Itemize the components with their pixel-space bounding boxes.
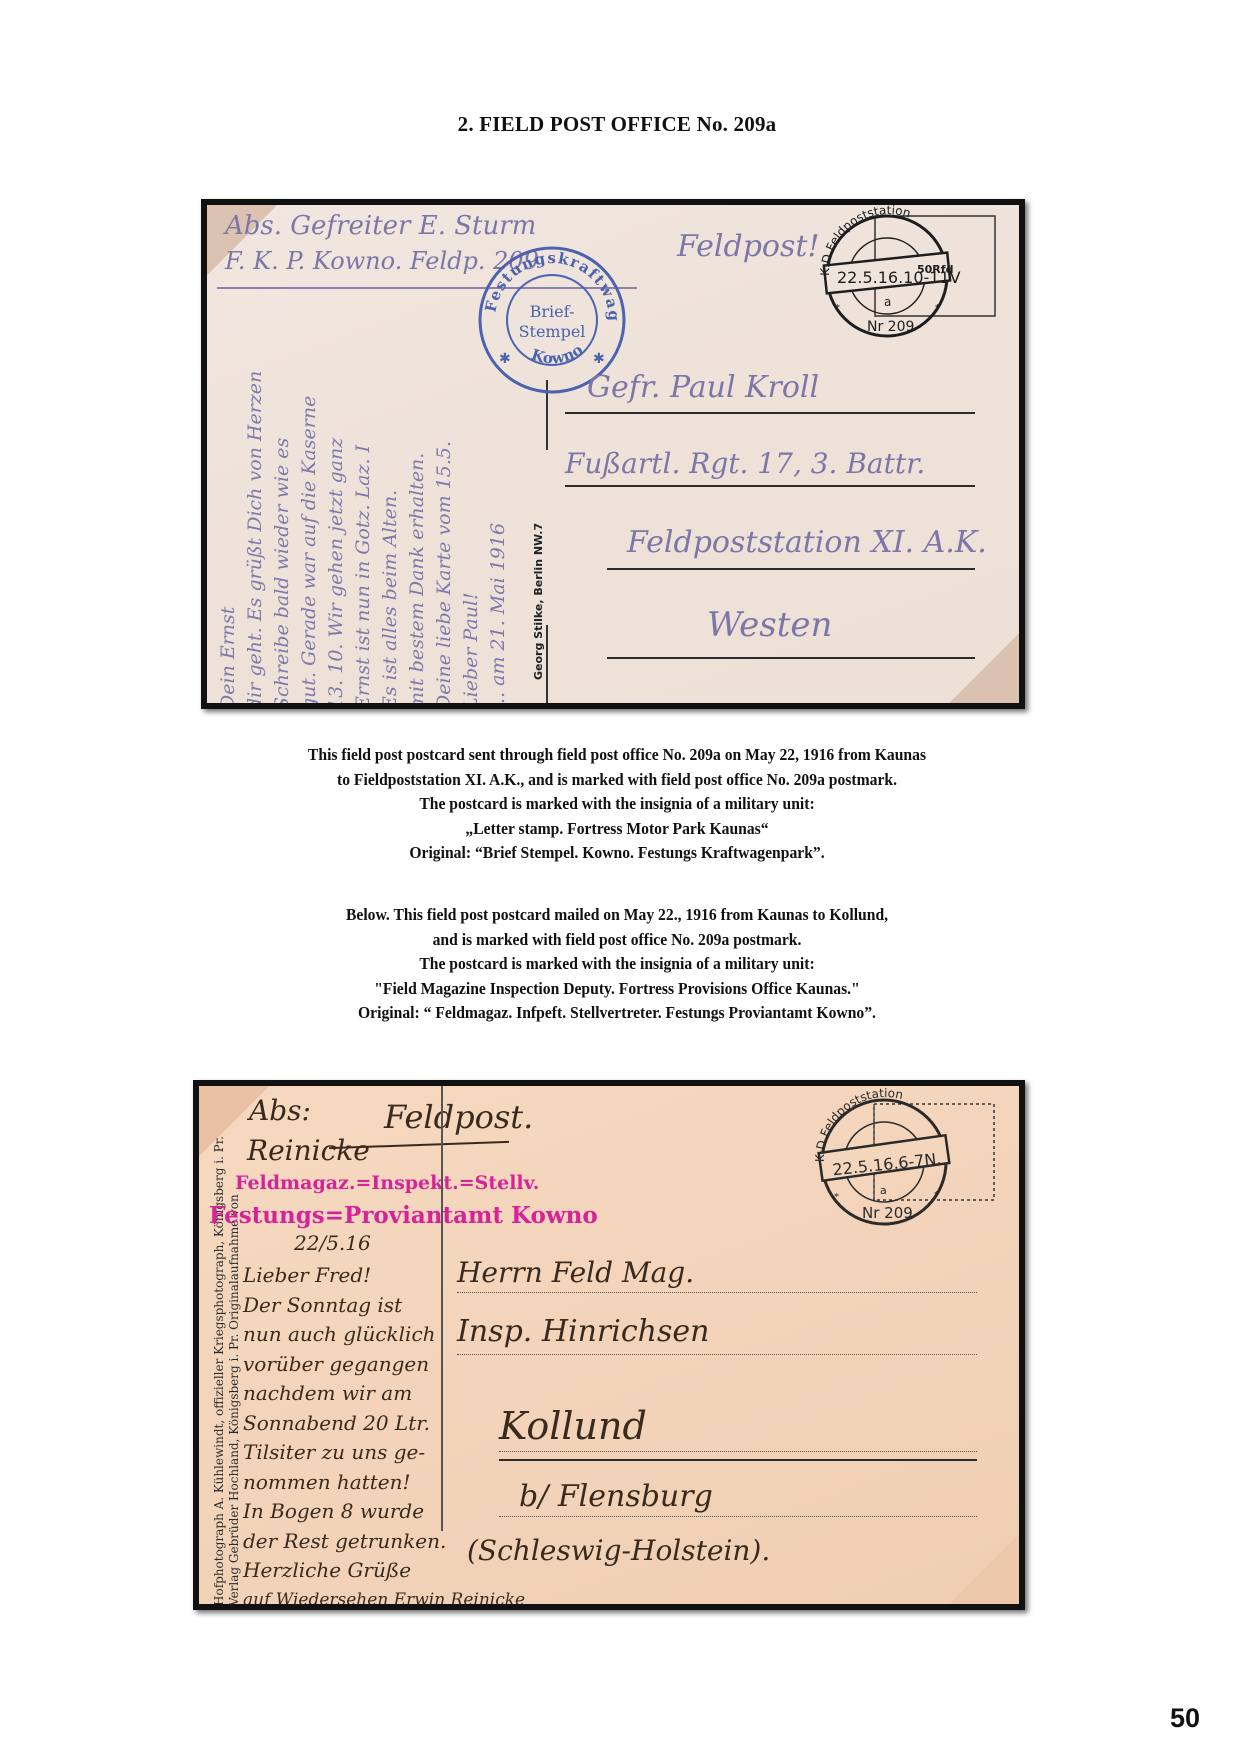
message-line: 13. 10. Wir gehen jetzt ganz [323, 290, 350, 703]
caption-line: and is marked with field post office No.… [187, 928, 1046, 953]
address-rule [499, 1459, 977, 1461]
address-line-5: (Schleswig-Holstein). [467, 1534, 770, 1567]
message-line: Tilsiter zu uns ge- [243, 1438, 525, 1468]
message-line: mit bestem Dank erhalten. [404, 290, 431, 703]
postmark-feldpoststation-209: K.D.Feldpoststation 22.5.16.6-7N. a Nr 2… [804, 1092, 1004, 1237]
message-line: Es ist alles beim Alten. [377, 290, 404, 703]
page-number: 50 [1170, 1703, 1200, 1734]
caption-line: Original: “ Feldmagaz. Infpeft. Stellver… [187, 1001, 1046, 1026]
message-line: In Bogen 8 wurde [243, 1497, 525, 1527]
sender-line: Abs: [249, 1094, 311, 1127]
address-line-4: Westen [707, 605, 832, 645]
svg-text:*: * [935, 303, 940, 314]
unit-stamp-line-2: Festungs=Proviantamt Kowno [209, 1202, 598, 1229]
caption-line: The postcard is marked with the insignia… [187, 952, 1046, 977]
caption-line: Below. This field post postcard mailed o… [187, 903, 1046, 928]
svg-text:Nr 209: Nr 209 [867, 319, 914, 335]
address-rule [607, 568, 975, 570]
address-line-2: Insp. Hinrichsen [457, 1314, 709, 1349]
date-written: 22/5.16 [294, 1231, 371, 1255]
svg-text:✱: ✱ [499, 352, 511, 367]
photo-corner [949, 633, 1019, 703]
publisher-imprint: Georg Stilke, Berlin NW.7 [532, 523, 545, 680]
address-line-4: b/ Flensburg [519, 1479, 713, 1514]
message-line: Ernst ist nun in Gotz. Laz. I [350, 290, 377, 703]
address-line-2: Fußartl. Rgt. 17, 3. Battr. [565, 447, 925, 480]
feldpost-label: Feldpost! [677, 229, 820, 264]
address-rule [565, 485, 975, 487]
message-line: Sonnabend 20 Ltr. [243, 1409, 525, 1439]
message-line: Dein Ernst [215, 290, 242, 703]
caption-line: to Fieldpoststation XI. A.K., and is mar… [187, 768, 1046, 793]
address-rule [565, 412, 975, 414]
message-line: Deine liebe Karte vom 15.5. [431, 290, 458, 703]
caption-line: "Field Magazine Inspection Deputy. Fortr… [187, 977, 1046, 1002]
address-line-3: Kollund [499, 1404, 647, 1448]
caption-line: Original: “Brief Stempel. Kowno. Festung… [187, 841, 1046, 866]
caption-second-postcard: Below. This field post postcard mailed o… [187, 903, 1046, 1026]
divider-line [441, 1086, 443, 1531]
svg-text:*: * [834, 1192, 839, 1203]
address-rule [457, 1354, 977, 1355]
caption-first-postcard: This field post postcard sent through fi… [187, 743, 1046, 866]
svg-text:a: a [880, 1184, 887, 1197]
svg-text:Brief-: Brief- [530, 302, 575, 321]
unit-stamp-line-1: Feldmagaz.=Inspekt.=Stellv. [235, 1172, 539, 1194]
address-rule [499, 1451, 977, 1452]
feldpost-label: Feldpost. [384, 1098, 533, 1136]
svg-text:*: * [835, 303, 840, 314]
postmark-feldpoststation-209: K.D.Feldpoststation 22.5.16.10-11V 50Rfd… [807, 211, 1007, 346]
svg-text:50Rfd: 50Rfd [917, 263, 953, 276]
postcard-2: Hofphotograph A. Kühlewindt, offizieller… [199, 1086, 1019, 1604]
address-line-3: Feldpoststation XI. A.K. [627, 525, 987, 560]
divider-line [546, 625, 548, 703]
sender-line: Abs. Gefreiter E. Sturm [225, 211, 536, 241]
message-line: nommen hatten! [243, 1468, 525, 1498]
svg-text:✱: ✱ [593, 352, 605, 367]
caption-line: The postcard is marked with the insignia… [187, 792, 1046, 817]
message-line: Schreibe bald wieder wie es [269, 290, 296, 703]
svg-text:Kowno: Kowno [529, 340, 586, 367]
handwritten-message: Dein Ernst dir geht. Es grüßt Dich von H… [215, 290, 512, 703]
address-rule [607, 657, 975, 659]
photo-corner [949, 1534, 1019, 1604]
svg-text:a: a [884, 295, 891, 309]
caption-line: „Letter stamp. Fortress Motor Park Kauna… [187, 817, 1046, 842]
postcard-1-image: Abs. Gefreiter E. Sturm F. K. P. Kowno. … [201, 199, 1025, 709]
postcard-2-image: Hofphotograph A. Kühlewindt, offizieller… [193, 1080, 1025, 1610]
postcard-1: Abs. Gefreiter E. Sturm F. K. P. Kowno. … [207, 205, 1019, 703]
address-rule [499, 1516, 977, 1517]
sender-line: Reinicke [247, 1134, 370, 1167]
message-line: auf Wiedersehen Erwin Reinicke [243, 1586, 525, 1605]
svg-text:Nr 209: Nr 209 [862, 1204, 913, 1222]
message-line: gut. Gerade war auf die Kaserne [296, 290, 323, 703]
svg-text:*: * [934, 1190, 939, 1201]
address-rule [457, 1292, 977, 1293]
message-line: nachdem wir am [243, 1379, 525, 1409]
page-title: 2. FIELD POST OFFICE No. 209a [0, 112, 1234, 137]
address-line-1: Gefr. Paul Kroll [587, 370, 819, 405]
svg-text:Stempel: Stempel [519, 322, 586, 341]
address-line-1: Herrn Feld Mag. [457, 1256, 694, 1289]
caption-line: This field post postcard sent through fi… [187, 743, 1046, 768]
message-line: dir geht. Es grüßt Dich von Herzen [242, 290, 269, 703]
